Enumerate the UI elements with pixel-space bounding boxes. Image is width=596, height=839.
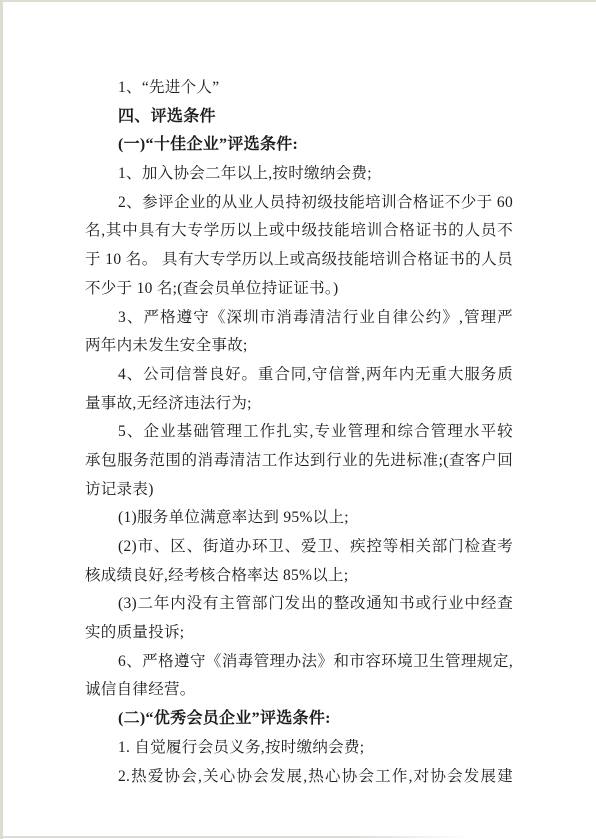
document-line: 4、公司信誉良好。重合同,守信誉,两年内无重大服务质	[85, 361, 513, 390]
document-line: 2、参评企业的从业人员持初级技能培训合格证不少于 60	[85, 189, 513, 218]
document-line: (3)二年内没有主管部门发出的整改通知书或行业中经查	[85, 590, 513, 619]
document-line: 于 10 名。 具有大专学历以上或高级技能培训合格证书的人员	[85, 246, 513, 275]
document-line: 1、加入协会二年以上,按时缴纳会费;	[85, 160, 513, 189]
document-line: 诚信自律经营。	[85, 676, 513, 705]
document-line: 3、严格遵守《深圳市消毒清洁行业自律公约》,管理严格,	[85, 304, 513, 333]
document-line: 承包服务范围的消毒清洁工作达到行业的先进标准;(查客户回	[85, 447, 513, 476]
document-line: 1. 自觉履行会员义务,按时缴纳会费;	[85, 734, 513, 763]
document-line: 1、“先进个人”	[85, 74, 513, 103]
document-line: 访记录表)	[85, 476, 513, 505]
section-heading: (二)“优秀会员企业”评选条件:	[85, 705, 513, 734]
document-line: 6、严格遵守《消毒管理办法》和市容环境卫生管理规定,	[85, 648, 513, 677]
document-line: 实的质量投诉;	[85, 619, 513, 648]
document-line: 5、企业基础管理工作扎实,专业管理和综合管理水平较高,	[85, 418, 513, 447]
page-edge-bottom	[0, 836, 470, 838]
document-line: 名,其中具有大专学历以上或中级技能培训合格证书的人员不少	[85, 217, 513, 246]
document-line: 核成绩良好,经考核合格率达 85%以上;	[85, 562, 513, 591]
document-line: 2.热爱协会,关心协会发展,热心协会工作,对协会发展建	[85, 763, 513, 792]
document-line: 不少于 10 名;(查会员单位持证证书。)	[85, 275, 513, 304]
section-heading: (一)“十佳企业”评选条件:	[85, 131, 513, 160]
page-edge-left	[0, 0, 3, 839]
page-edge-top	[0, 0, 596, 2]
document-line: 量事故,无经济违法行为;	[85, 390, 513, 419]
document-line: (2)市、区、街道办环卫、爱卫、疾控等相关部门检查考	[85, 533, 513, 562]
document-line: (1)服务单位满意率达到 95%以上;	[85, 504, 513, 533]
document-body: 1、“先进个人”四、评选条件(一)“十佳企业”评选条件:1、加入协会二年以上,按…	[85, 74, 513, 791]
document-page: 1、“先进个人”四、评选条件(一)“十佳企业”评选条件:1、加入协会二年以上,按…	[0, 0, 596, 839]
section-heading: 四、评选条件	[85, 103, 513, 132]
document-line: 两年内未发生安全事故;	[85, 332, 513, 361]
